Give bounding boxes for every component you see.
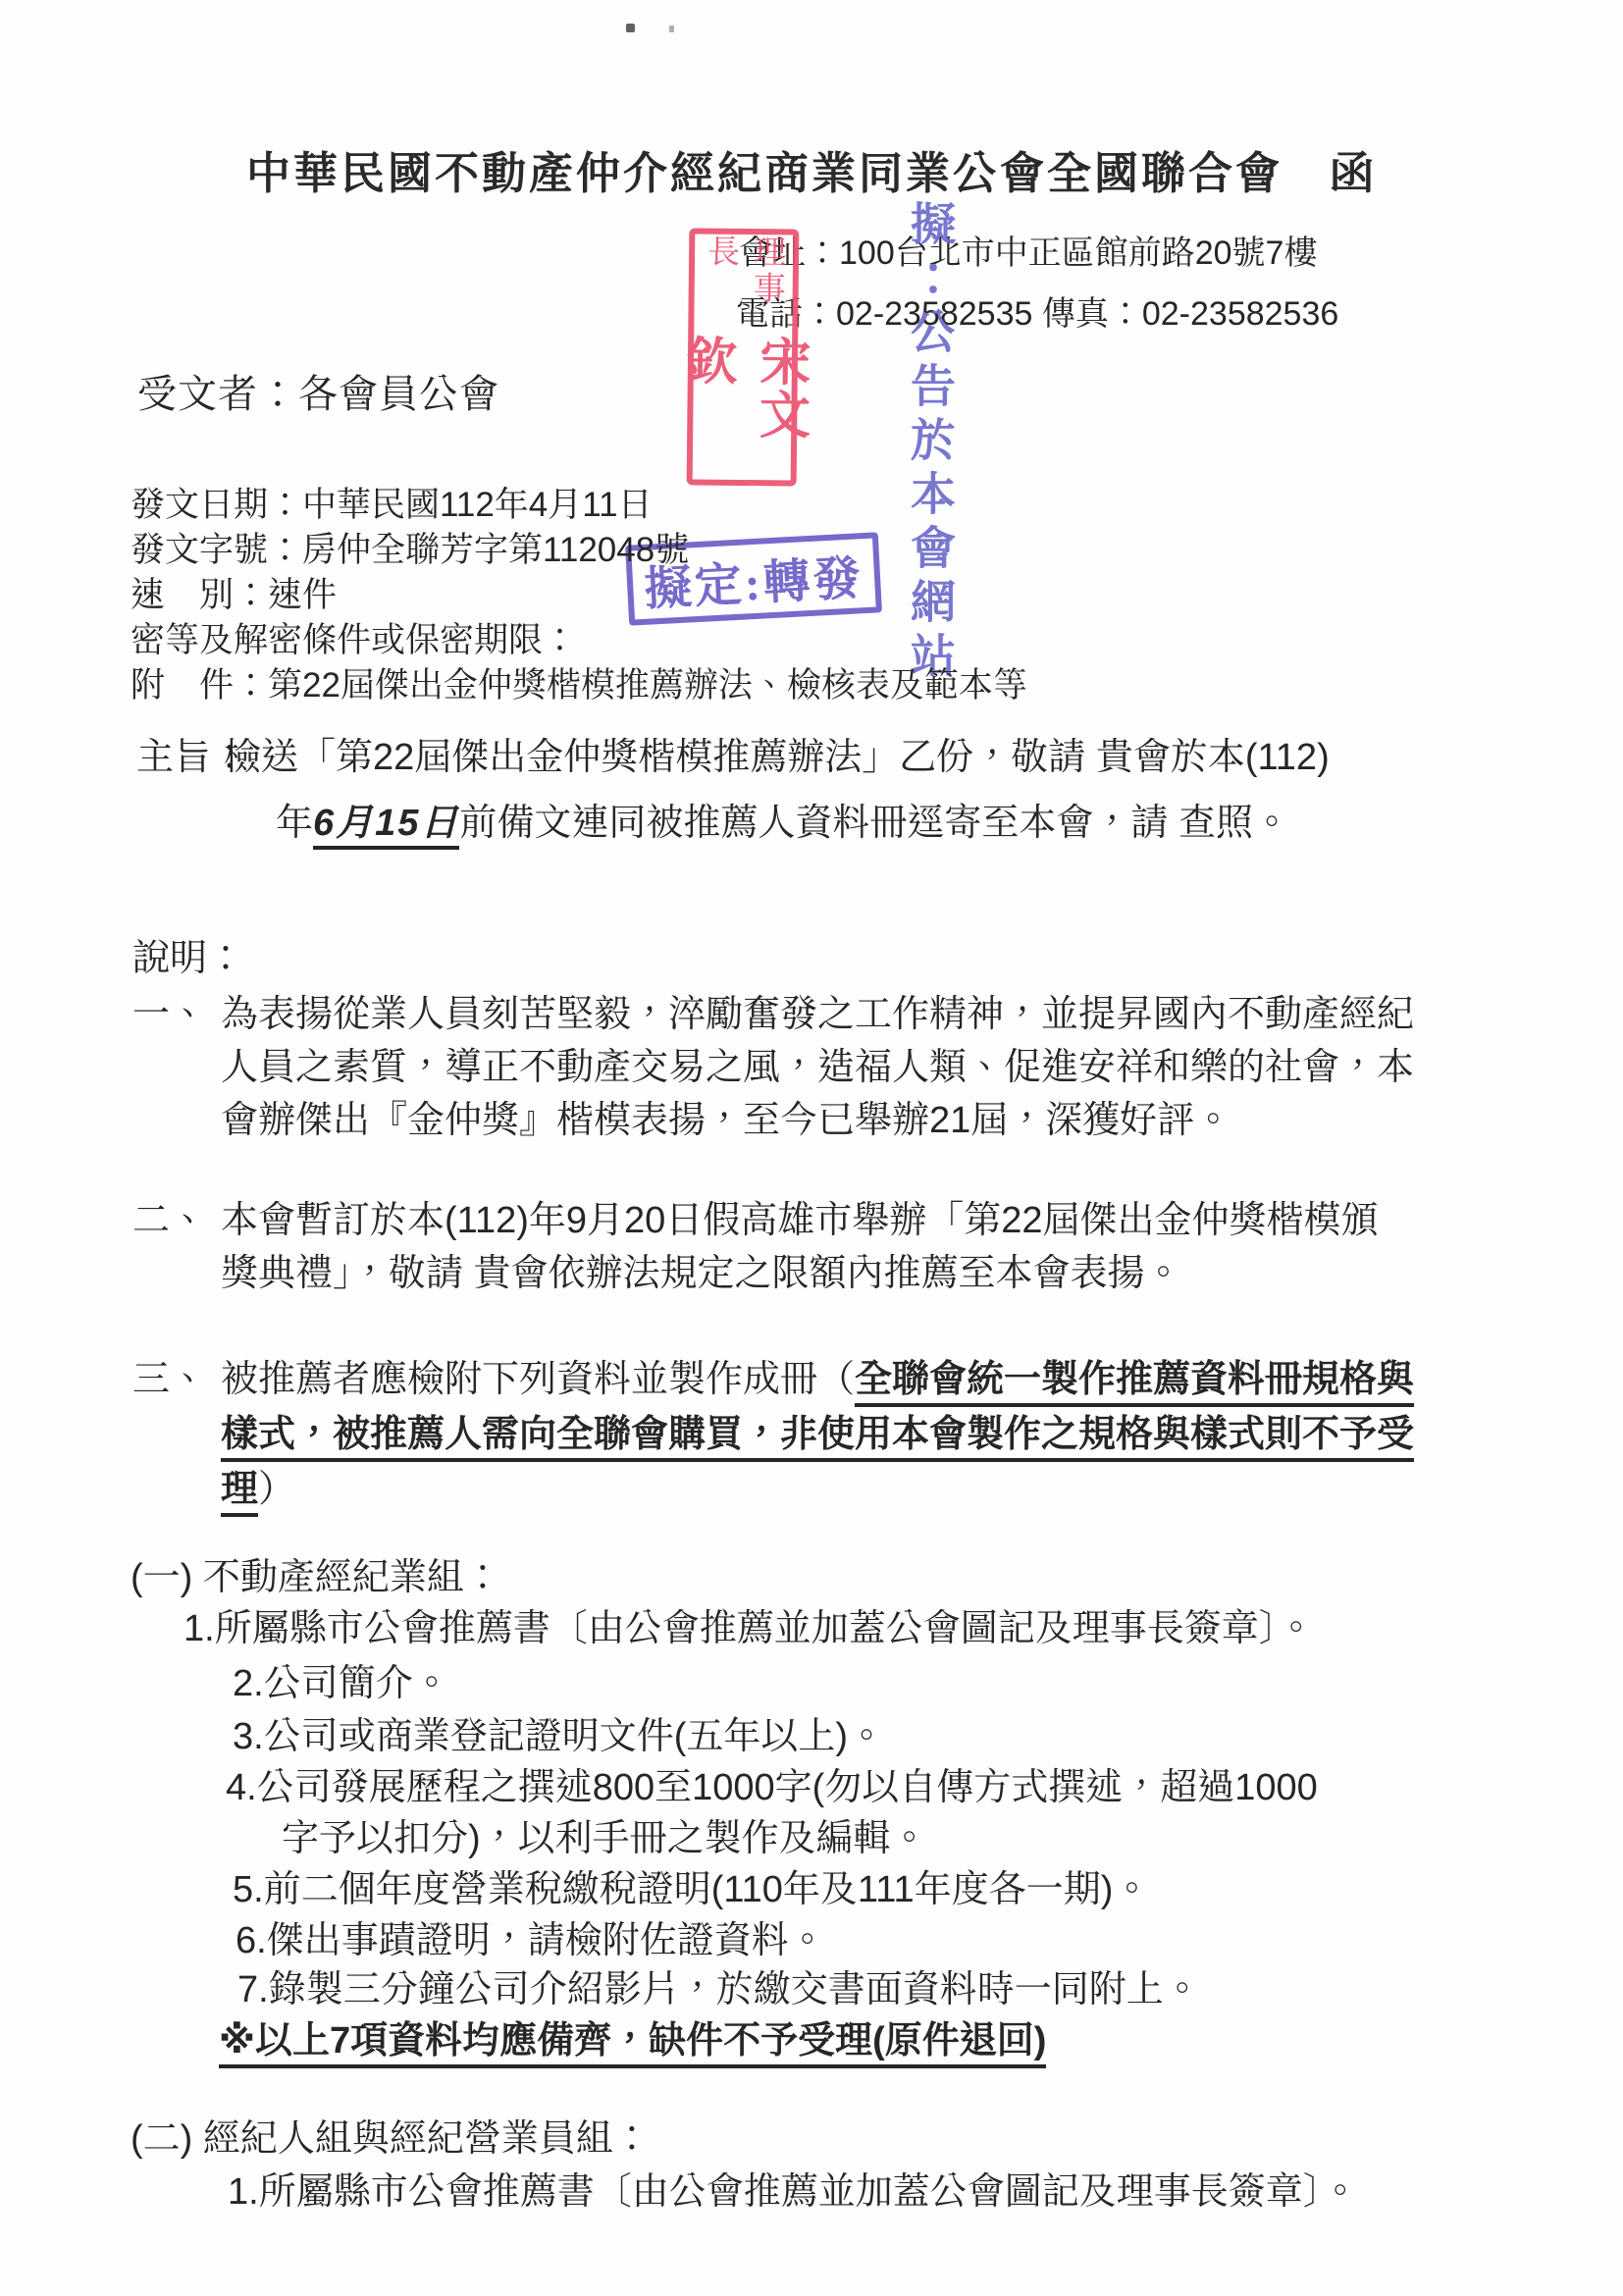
item-3-line-1: 三、被推薦者應檢附下列資料並製作成冊（全聯會統一製作推薦資料冊規格與: [132, 1358, 1414, 1403]
item-1-number: 一、: [132, 993, 221, 1038]
address-line-2: 電話：02-23582535 傳真：02-23582536: [736, 294, 1338, 335]
group-1-item-6: 6.傑出事蹟證明，請檢附佐證資料。: [236, 1919, 826, 1964]
meta-speed-class: 速 別：速件: [131, 575, 337, 616]
seal-name-text: 宋文欽: [668, 334, 817, 481]
item-1-line-1: 一、為表揚從業人員刻苦堅毅，淬勵奮發之工作精神，並提昇國內不動產經紀: [132, 993, 1414, 1038]
group-1-item-4-line-2: 字予以扣分)，以利手冊之製作及編輯。: [282, 1817, 928, 1862]
item-3-line-2: 樣式，被推薦人需向全聯會購買，非使用本會製作之規格與樣式則不予受: [221, 1413, 1414, 1458]
president-seal-stamp: 理事長宋文欽: [687, 228, 800, 486]
item-3-text-emphasis-3: 理: [221, 1469, 258, 1517]
item-1-line-2: 人員之素質，導正不動產交易之風，造福人類、促進安祥和樂的社會，本: [221, 1046, 1414, 1091]
subject-line-1: 主旨：檢送「第22屆傑出金仲獎楷模推薦辦法」乙份，敬請 貴會於本(112): [136, 736, 1330, 781]
item-3-text-emphasis-1: 全聯會統一製作推薦資料冊規格與: [855, 1359, 1414, 1407]
item-2-line-2: 獎典禮」，敬請 貴會依辦法規定之限額內推薦至本會表揚。: [221, 1252, 1182, 1297]
scan-artifact-dot: [669, 26, 674, 32]
group-1-item-3: 3.公司或商業登記證明文件(五年以上)。: [233, 1715, 885, 1760]
meta-attachment: 附 件：第22屆傑出金仲獎楷模推薦辦法、檢核表及範本等: [131, 665, 1027, 706]
subject-text-1: 檢送「第22屆傑出金仲獎楷模推薦辦法」乙份，敬請 貴會於本(112): [224, 737, 1330, 778]
group-1-item-4-line-1: 4.公司發展歷程之撰述800至1000字(勿以自傳方式撰述，超過1000: [226, 1766, 1318, 1811]
group-1-item-1: 1.所屬縣市公會推薦書〔由公會推薦並加蓋公會圖記及理事長簽章〕。: [183, 1607, 1315, 1652]
group-1-item-5: 5.前二個年度營業稅繳稅證明(110年及111年度各一期)。: [233, 1868, 1150, 1913]
address-line-1: 會址：100台北市中正區館前路20號7樓: [739, 234, 1317, 274]
subject-deadline-date: 6月15日: [313, 803, 459, 850]
group-1-heading: (一) 不動產經紀業組：: [131, 1556, 501, 1601]
item-1-text-1: 為表揚從業人員刻苦堅毅，淬勵奮發之工作精神，並提昇國內不動產經紀: [221, 994, 1414, 1035]
group-1-note: ※以上7項資料均應備齊，缺件不予受理(原件退回): [219, 2019, 1046, 2064]
explanation-label: 說明：: [132, 937, 244, 982]
seal-role-text: 理事長: [697, 235, 790, 336]
item-1-line-3: 會辦傑出『金仲獎』楷模表揚，至今已舉辦21屆，深獲好評。: [221, 1099, 1231, 1144]
item-3-text-emphasis-2: 樣式，被推薦人需向全聯會購買，非使用本會製作之規格與樣式則不予受: [221, 1414, 1414, 1462]
item-2-text-1: 本會暫訂於本(112)年9月20日假高雄市舉辦「第22屆傑出金仲獎楷模頒: [221, 1200, 1379, 1241]
subject-text-2-pre: 年: [276, 803, 313, 844]
group-1-item-7: 7.錄製三分鐘公司介紹影片，於繳交書面資料時一同附上。: [237, 1968, 1201, 2013]
group-1-note-text: ※以上7項資料均應備齊，缺件不予受理(原件退回): [219, 2020, 1046, 2068]
subject-text-2-post: 前備文連同被推薦人資料冊逕寄至本會，請 查照。: [459, 803, 1290, 844]
item-2-number: 二、: [132, 1199, 221, 1244]
item-3-number: 三、: [132, 1358, 221, 1403]
subject-line-2: 年6月15日前備文連同被推薦人資料冊逕寄至本會，請 查照。: [276, 802, 1290, 847]
meta-security-class: 密等及解密條件或保密期限：: [131, 620, 577, 661]
group-1-item-2: 2.公司簡介。: [233, 1662, 450, 1707]
margin-note-stamp: 擬：公告於本會網站: [907, 200, 952, 730]
item-3-line-3: 理）: [221, 1468, 295, 1513]
scanned-letter-page: 中華民國不動產仲介經紀商業同業公會全國聯合會 函 會址：100台北市中正區館前路…: [0, 0, 1623, 2296]
item-3-text-normal: 被推薦者應檢附下列資料並製作成冊（: [221, 1359, 855, 1400]
page-title: 中華民國不動產仲介經紀商業同業公會全國聯合會 函: [0, 137, 1623, 201]
recipient-line: 受文者：各會員公會: [137, 371, 499, 418]
item-3-close-paren: ）: [258, 1469, 295, 1510]
meta-doc-number: 發文字號：房仲全聯芳字第112048號: [131, 530, 689, 571]
item-2-line-1: 二、本會暫訂於本(112)年9月20日假高雄市舉辦「第22屆傑出金仲獎楷模頒: [132, 1199, 1379, 1244]
scan-artifact-dot: [626, 24, 635, 32]
meta-send-date: 發文日期：中華民國112年4月11日: [131, 485, 653, 526]
group-2-heading: (二) 經紀人組與經紀營業員組：: [131, 2117, 651, 2163]
subject-label: 主旨：: [136, 736, 224, 781]
group-2-item-1: 1.所屬縣市公會推薦書〔由公會推薦並加蓋公會圖記及理事長簽章〕。: [228, 2170, 1359, 2216]
